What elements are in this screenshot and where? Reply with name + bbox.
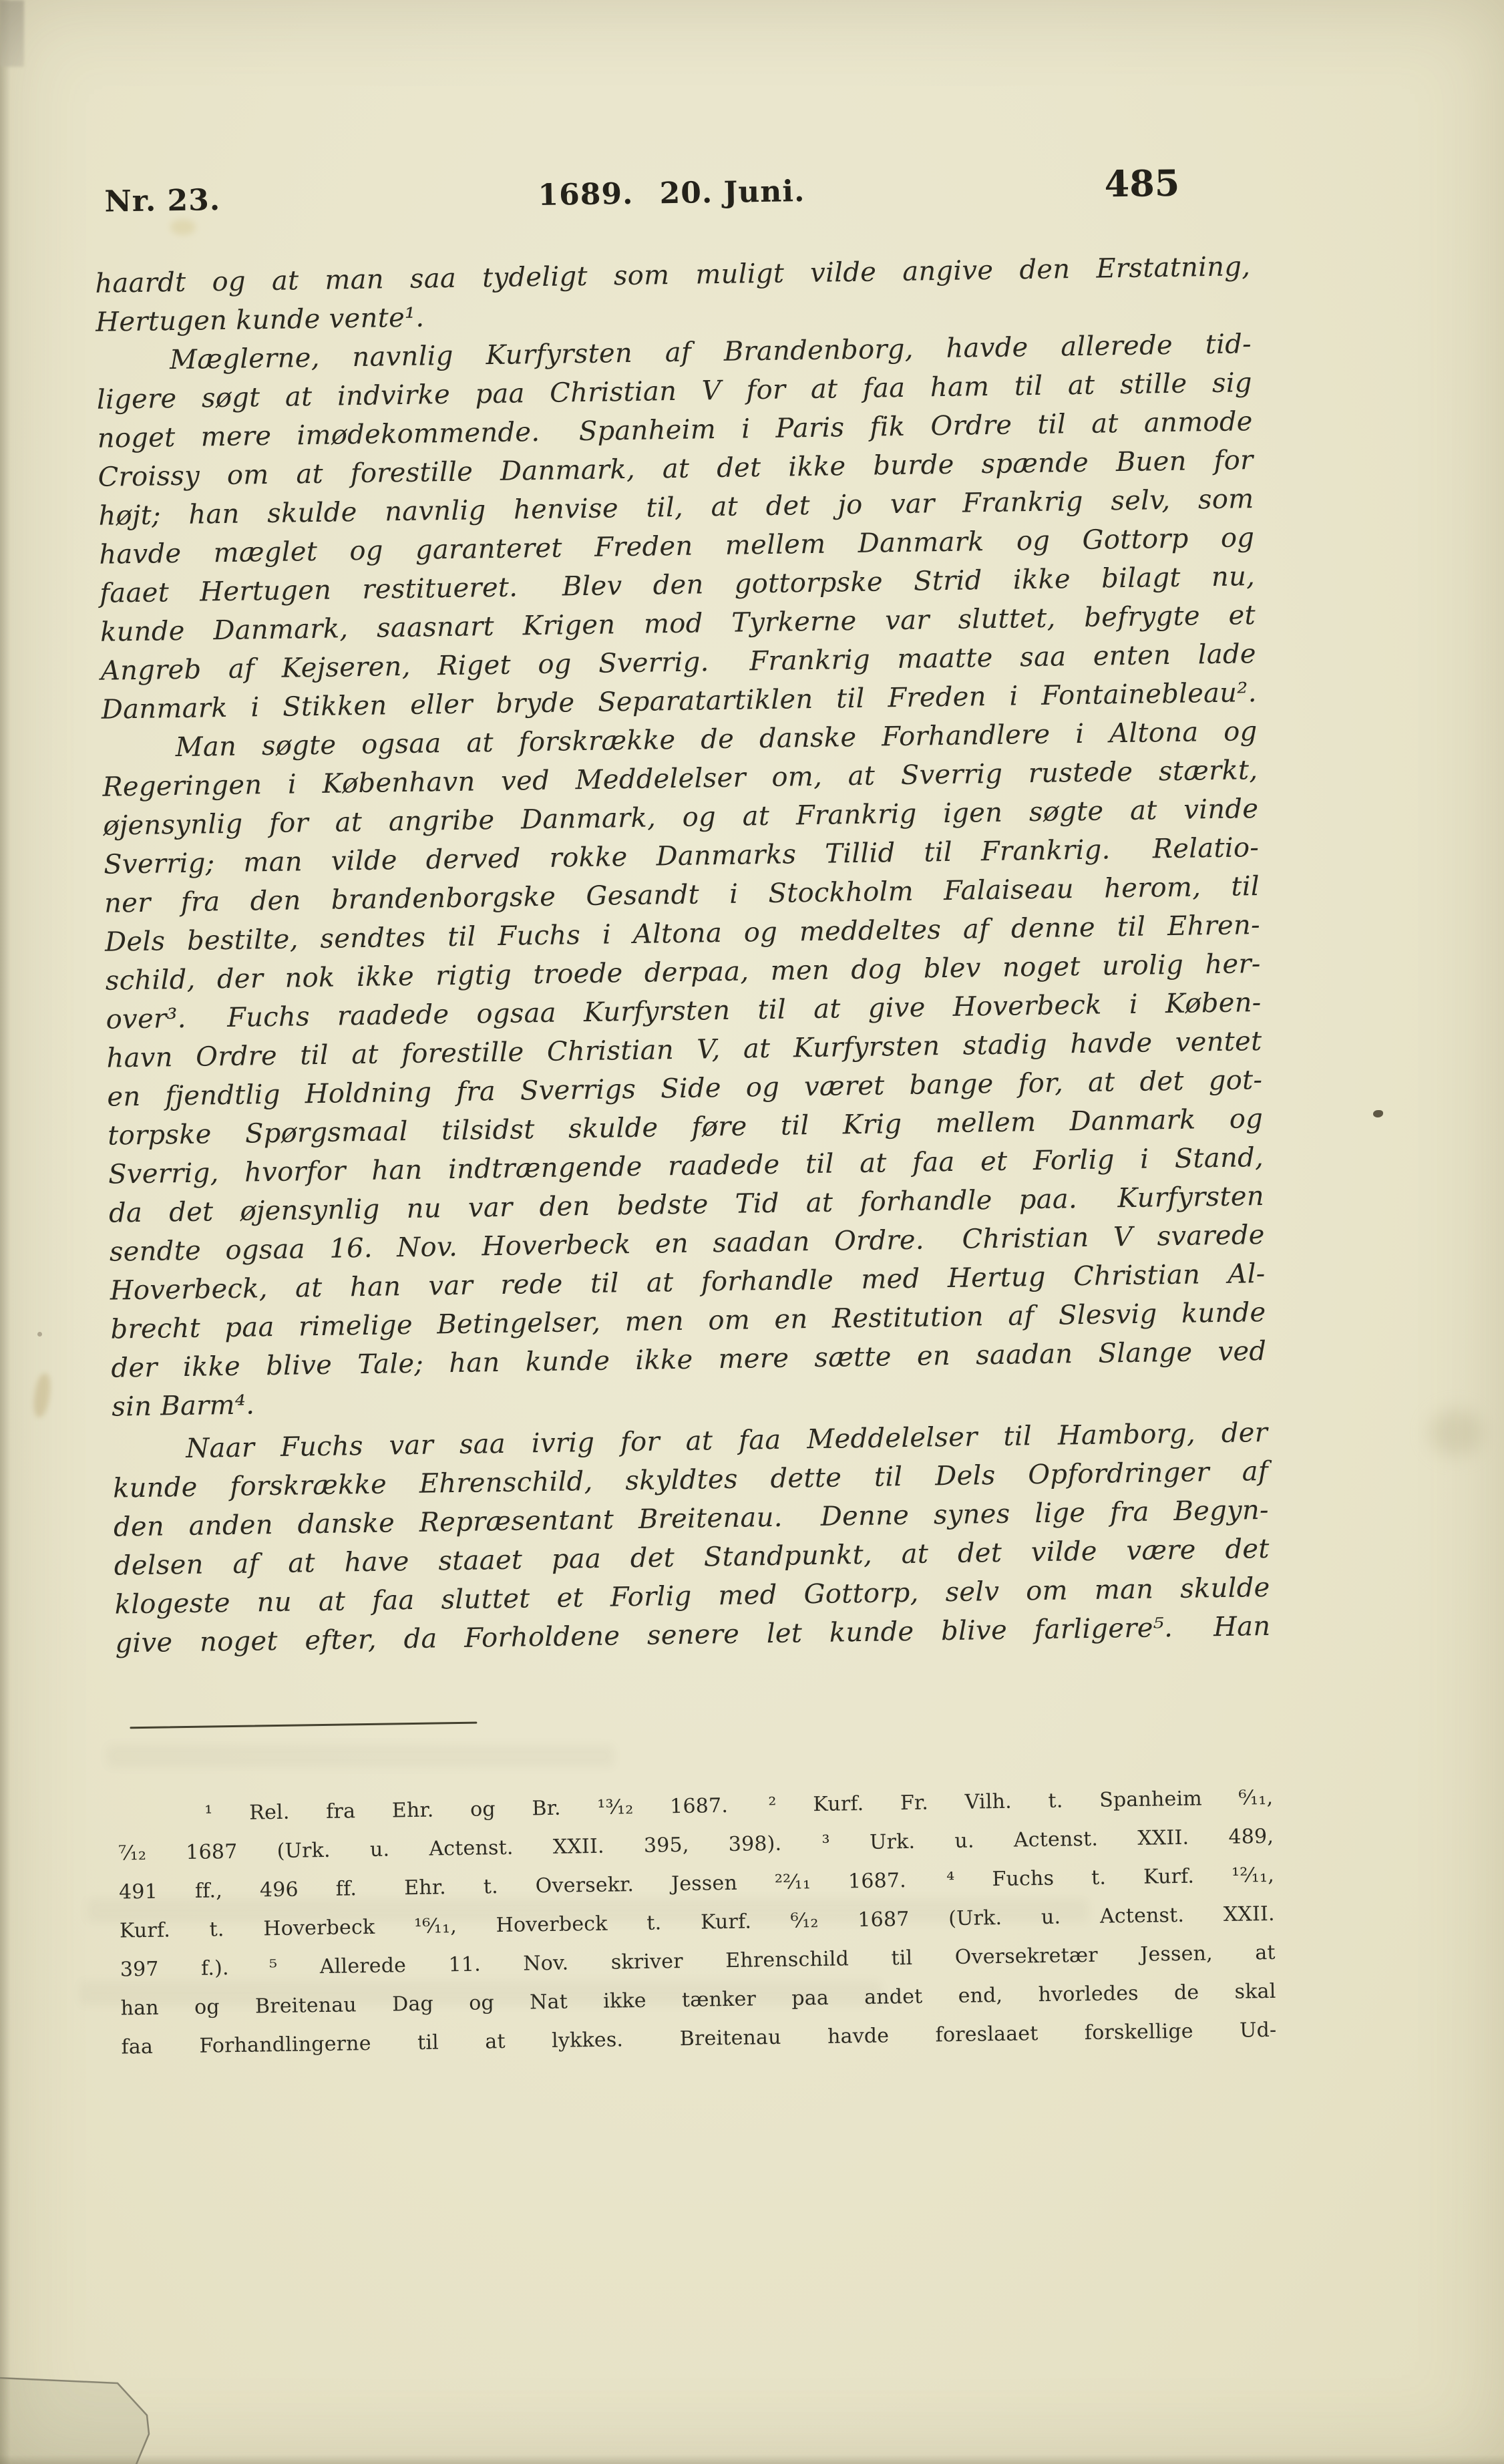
ink-speck [1373, 1110, 1383, 1117]
date-heading: 1689. 20. Juni. [538, 174, 805, 214]
paper-stain [32, 1373, 53, 1418]
paper-smudge [1429, 1409, 1483, 1456]
page-content: Nr. 23. 1689. 20. Juni. 485 haardt og at… [93, 164, 1277, 2067]
scan-edge-shadow-left [0, 0, 11, 2464]
page-number: 485 [1104, 165, 1180, 202]
footnote-separator [130, 1722, 477, 1729]
page-header: Nr. 23. 1689. 20. Juni. 485 [93, 164, 1250, 220]
ink-speck [37, 1332, 42, 1337]
fold-crease-line [0, 2378, 149, 2464]
body-text: haardt og at man saa tydeligt som muligt… [95, 247, 1271, 1662]
scan-corner-artifact [0, 0, 24, 67]
scanned-book-page: Nr. 23. 1689. 20. Juni. 485 haardt og at… [0, 0, 1504, 2464]
page-corner-fold [0, 2366, 160, 2464]
document-number: Nr. 23. [104, 182, 220, 220]
scan-edge-shadow-bottom [0, 2455, 1504, 2464]
footnotes: ¹ Rel. fra Ehr. og Br. ¹³⁄₁₂ 1687. ² Kur… [118, 1779, 1277, 2067]
